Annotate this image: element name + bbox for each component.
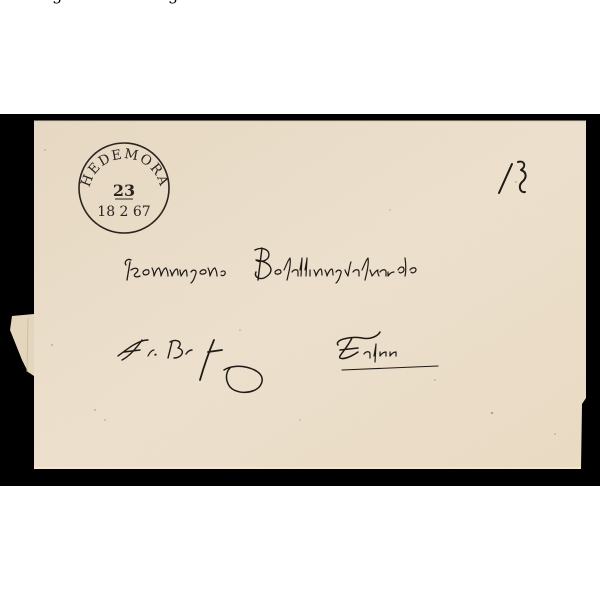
torn-flap <box>10 314 34 376</box>
postmark-date: 18 2 67 <box>97 204 150 220</box>
svg-text:Falun: Falun <box>0 0 45 4</box>
postmark-day: 23 <box>113 181 135 200</box>
letter-sheet: HEDEMORA 23 18 2 67 13 Konungens Befalln… <box>0 0 600 600</box>
